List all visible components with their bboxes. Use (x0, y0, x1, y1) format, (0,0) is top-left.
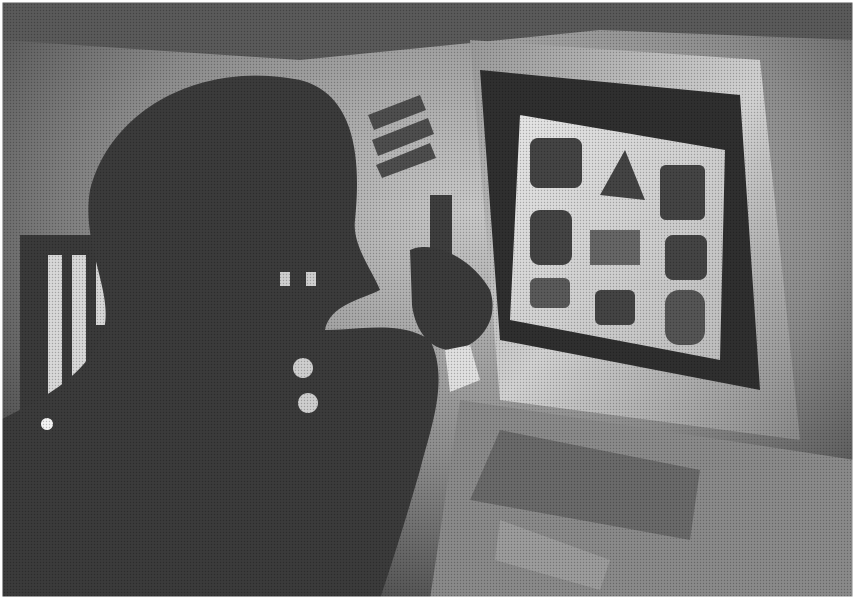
halftone-texture (0, 0, 855, 599)
photograph (0, 0, 855, 599)
